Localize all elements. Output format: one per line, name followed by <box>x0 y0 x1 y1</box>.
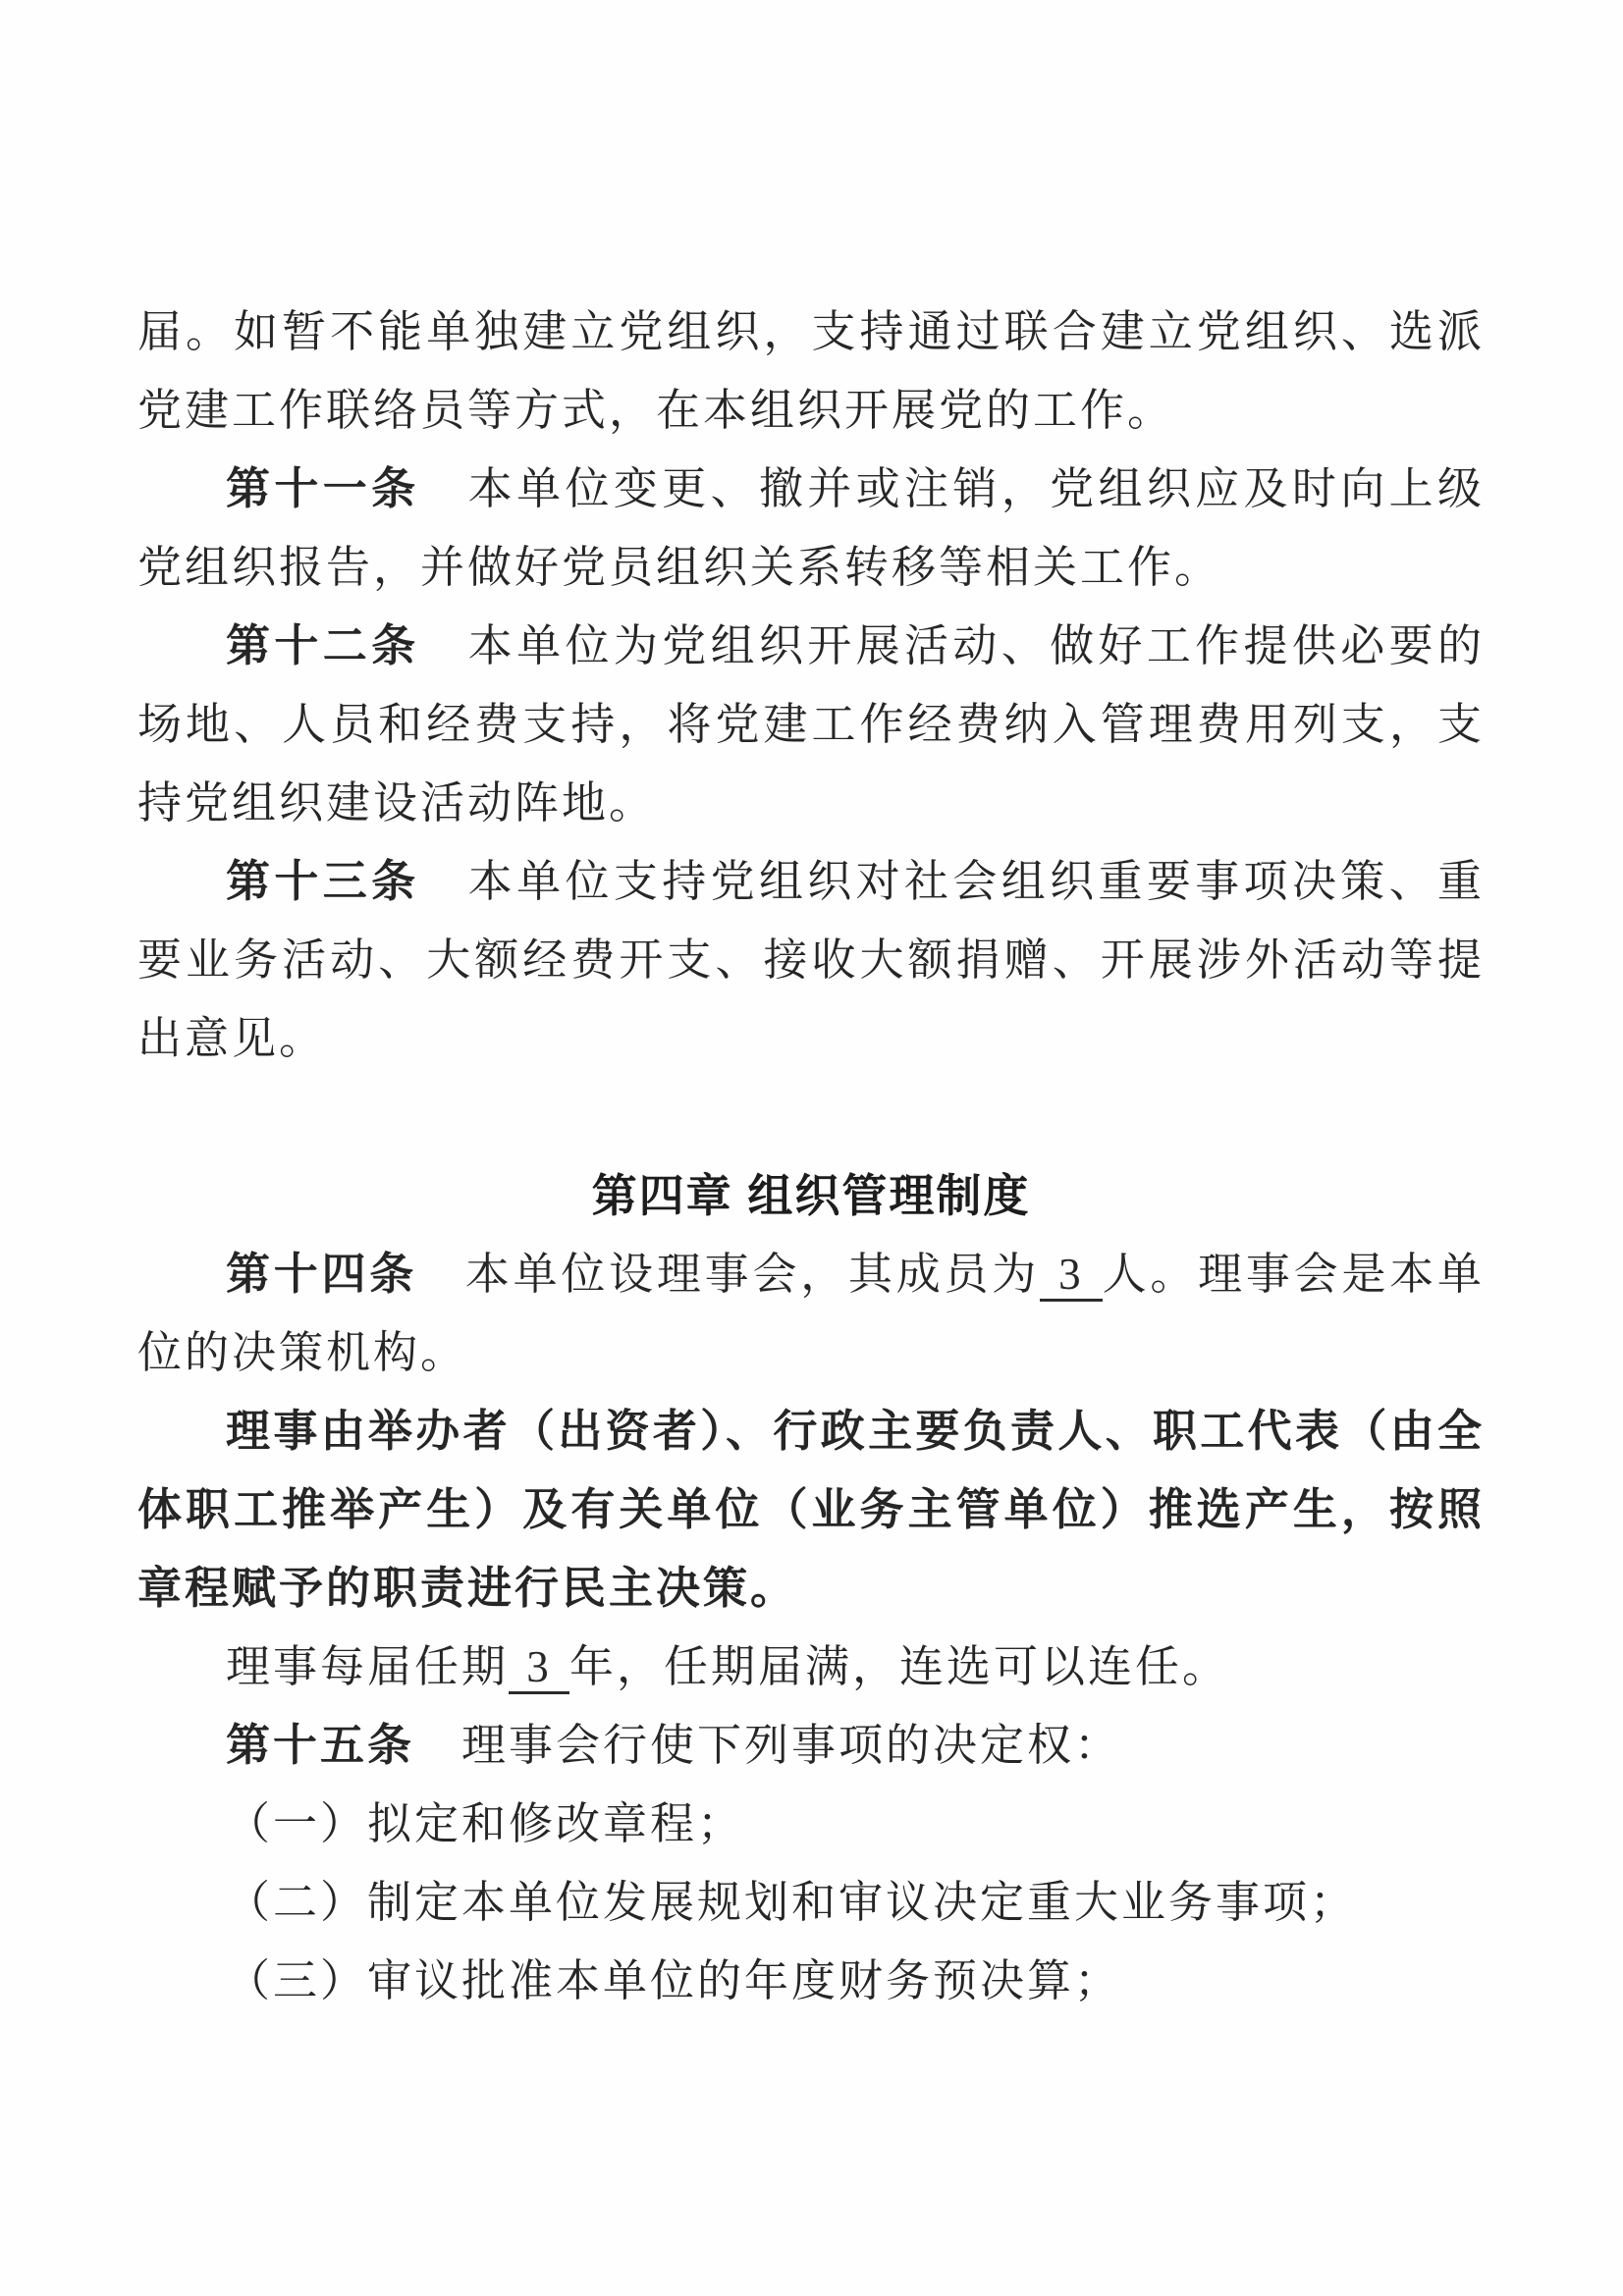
document-paragraph: （二）制定本单位发展规划和审议决定重大业务事项； <box>137 1863 1485 1942</box>
article-number: 第十一条 <box>226 464 419 513</box>
text-run: 本单位设理事会，其成员为 <box>417 1250 1040 1299</box>
underlined-value: 3 <box>1040 1250 1103 1302</box>
text-run: 理事每届任期 <box>226 1642 509 1691</box>
document-paragraph: 第十五条 理事会行使下列事项的决定权： <box>137 1706 1485 1785</box>
text-run: 理事由举办者（出资者）、行政主要负责人、职工代表（由全体职工推举产生）及有关单位… <box>137 1407 1485 1613</box>
text-run: （二）制定本单位发展规划和审议决定重大业务事项； <box>226 1878 1357 1927</box>
article-number: 第十二条 <box>226 621 419 670</box>
document-paragraph: 届。如暂不能单独建立党组织，支持通过联合建立党组织、选派党建工作联络员等方式，在… <box>137 293 1485 450</box>
article-number: 第十四条 <box>226 1250 417 1299</box>
document-paragraph: （三）审议批准本单位的年度财务预决算； <box>137 1942 1485 2020</box>
article-number: 第十五条 <box>226 1721 414 1770</box>
text-run: 理事会行使下列事项的决定权： <box>414 1721 1121 1770</box>
document-paragraph: 理事每届任期 3 年，任期届满，连选可以连任。 <box>137 1628 1485 1706</box>
document-paragraph: 第十一条 本单位变更、撤并或注销，党组织应及时向上级党组织报告，并做好党员组织关… <box>137 450 1485 607</box>
document-page: 届。如暂不能单独建立党组织，支持通过联合建立党组织、选派党建工作联络员等方式，在… <box>0 0 1623 2296</box>
document-paragraph: 第十三条 本单位支持党组织对社会组织重要事项决策、重要业务活动、大额经费开支、接… <box>137 842 1485 1078</box>
article-number: 第十三条 <box>226 857 419 906</box>
text-run: 第四章 组织管理制度 <box>592 1170 1031 1221</box>
document-paragraph: 理事由举办者（出资者）、行政主要负责人、职工代表（由全体职工推举产生）及有关单位… <box>137 1392 1485 1628</box>
text-run: 届。如暂不能单独建立党组织，支持通过联合建立党组织、选派党建工作联络员等方式，在… <box>137 307 1485 435</box>
text-run: 年，任期届满，连选可以连任。 <box>569 1642 1229 1691</box>
document-paragraph: （一）拟定和修改章程； <box>137 1785 1485 1863</box>
underlined-value: 3 <box>509 1642 569 1694</box>
chapter-heading: 第四章 组织管理制度 <box>137 1156 1485 1235</box>
document-paragraph: 第十四条 本单位设理事会，其成员为 3 人。理事会是本单位的决策机构。 <box>137 1235 1485 1392</box>
text-run: （三）审议批准本单位的年度财务预决算； <box>226 1956 1121 2005</box>
text-run: （一）拟定和修改章程； <box>226 1799 744 1848</box>
document-paragraph: 第十二条 本单位为党组织开展活动、做好工作提供必要的场地、人员和经费支持，将党建… <box>137 607 1485 842</box>
